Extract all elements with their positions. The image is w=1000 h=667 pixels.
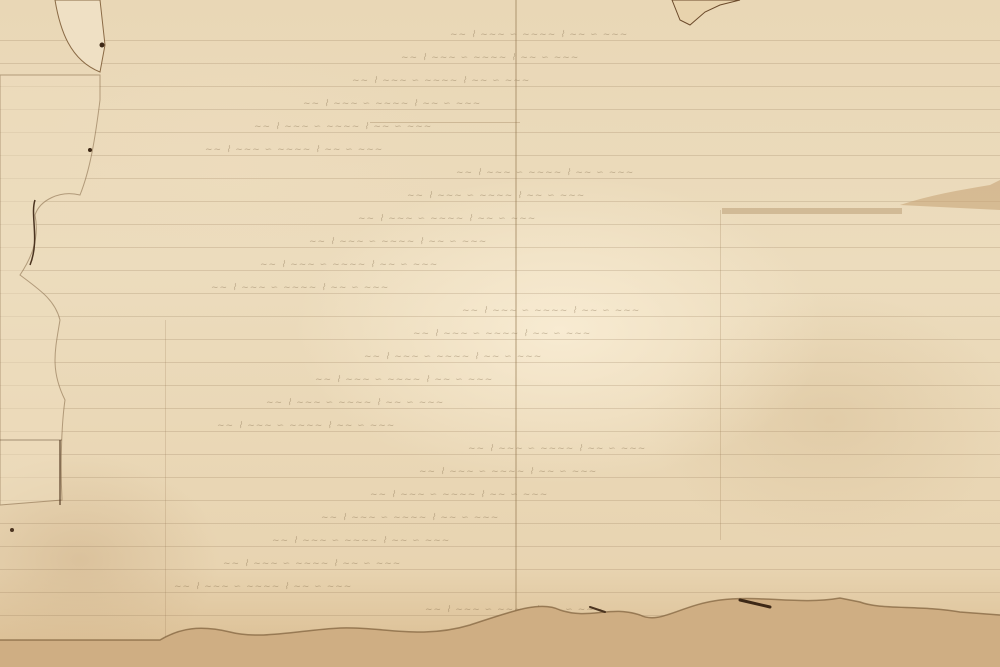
torn-edges-overlay	[0, 0, 1000, 667]
top-left-curl	[55, 0, 105, 72]
aged-paper-texture: ~~ ⌇ ~~~ ∽ ~~~~ ⌇ ~~ ∽ ~~~~~ ⌇ ~~~ ∽ ~~~…	[0, 0, 1000, 667]
